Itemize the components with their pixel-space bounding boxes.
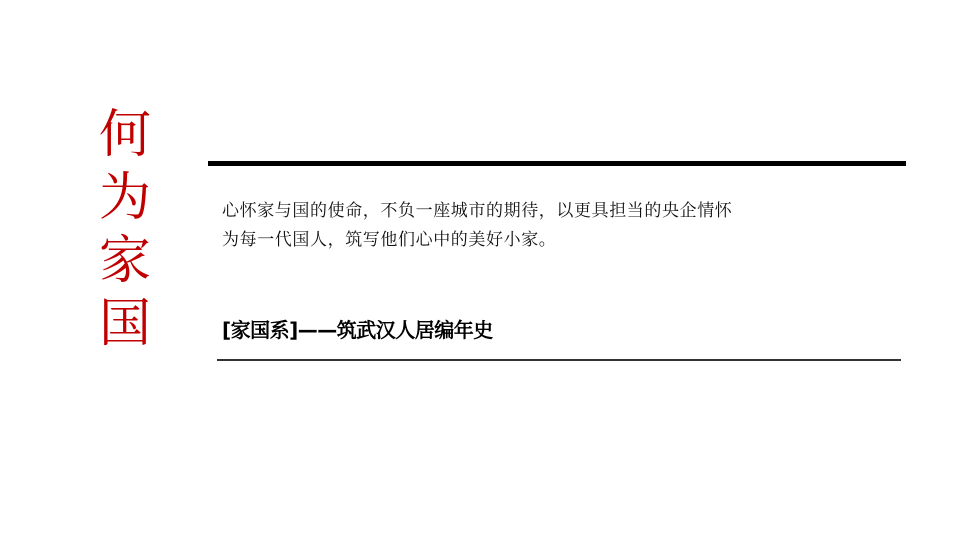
body-line: 心怀家与国的使命，不负一座城市的期待，以更具担当的央企情怀 [222,197,902,226]
subtitle: [家国系]——筑武汉人居编年史 [222,316,493,344]
slide: 何 为 家 国 心怀家与国的使命，不负一座城市的期待，以更具担当的央企情怀 为每… [0,0,960,540]
body-line: 为每一代国人，筑写他们心中的美好小家。 [222,226,902,255]
title-char: 家 [99,230,151,293]
top-divider-bar [208,161,906,166]
bottom-divider-rule [217,359,901,361]
vertical-title: 何 为 家 国 [96,104,154,356]
title-char: 何 [99,104,151,167]
body-paragraph: 心怀家与国的使命，不负一座城市的期待，以更具担当的央企情怀 为每一代国人，筑写他… [222,197,902,255]
title-char: 为 [99,167,151,230]
title-char: 国 [99,293,151,356]
